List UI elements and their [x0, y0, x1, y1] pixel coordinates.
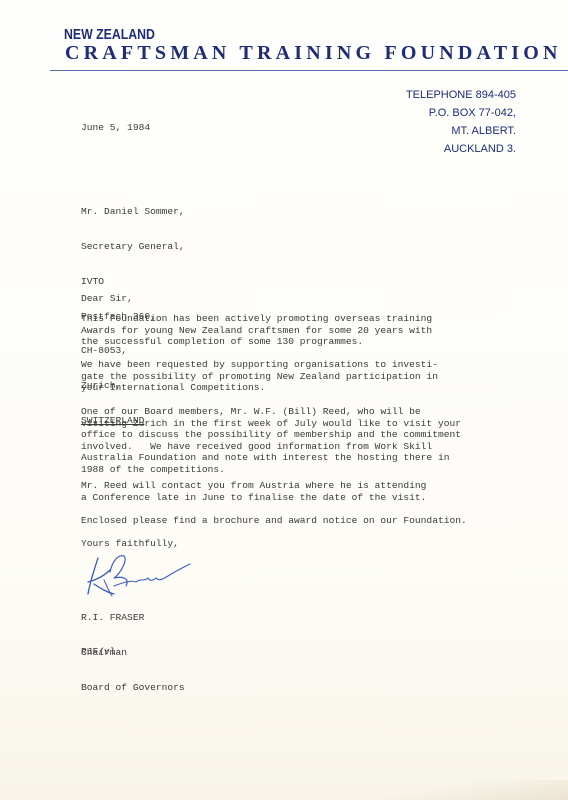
- recipient-title: Secretary General,: [81, 241, 185, 253]
- letterhead-country: NEW ZEALAND: [64, 26, 155, 43]
- letter-date: June 5, 1984: [81, 122, 150, 134]
- recipient-organisation: IVTO: [81, 276, 185, 288]
- reference-initials: RJF/vl: [81, 646, 116, 658]
- paragraph-1: This Foundation has been actively promot…: [81, 313, 432, 348]
- letter-page: NEW ZEALAND CRAFTSMAN TRAINING FOUNDATIO…: [0, 0, 568, 800]
- salutation: Dear Sir,: [81, 293, 133, 305]
- contact-city: AUCKLAND 3.: [406, 140, 516, 158]
- recipient-name: Mr. Daniel Sommer,: [81, 206, 185, 218]
- contact-telephone: TELEPHONE 894-405: [406, 86, 516, 104]
- paper-stain: [380, 780, 568, 800]
- paragraph-5: Enclosed please find a brochure and awar…: [81, 515, 467, 527]
- letterhead-organisation: CRAFTSMAN TRAINING FOUNDATION: [65, 42, 562, 65]
- contact-block: TELEPHONE 894-405 P.O. BOX 77-042, MT. A…: [406, 86, 516, 158]
- signer-name: R.I. FRASER: [81, 612, 185, 624]
- signer-body: Board of Governors: [81, 682, 185, 694]
- closing: Yours faithfully,: [81, 538, 179, 550]
- paragraph-2: We have been requested by supporting org…: [81, 359, 438, 394]
- paragraph-4: Mr. Reed will contact you from Austria w…: [81, 480, 426, 503]
- paragraph-3: One of our Board members, Mr. W.F. (Bill…: [81, 406, 461, 476]
- contact-suburb: MT. ALBERT.: [406, 122, 516, 140]
- letterhead-rule: [50, 70, 568, 71]
- contact-po-box: P.O. BOX 77-042,: [406, 104, 516, 122]
